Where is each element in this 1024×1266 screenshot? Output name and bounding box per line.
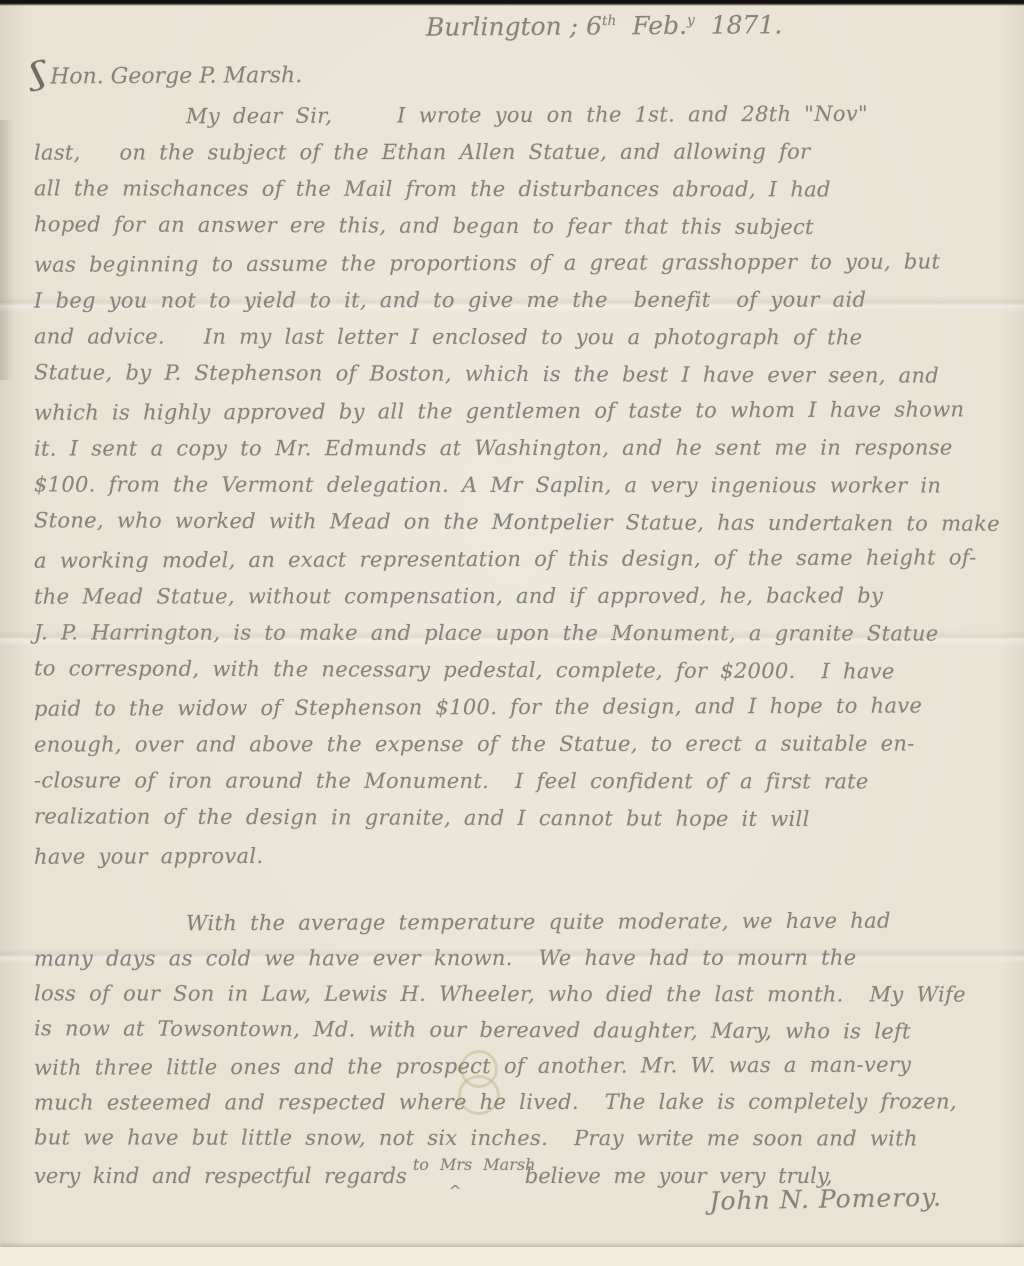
paragraph-1: My dear Sir, I wrote you on the 1st. and… [34,97,1000,874]
closing-before: very kind and respectful regards [34,1164,407,1188]
letter-line: it. I sent a copy to Mr. Edmunds at Wash… [34,429,1000,467]
letter-line: and advice. In my last letter I enclosed… [34,318,1000,356]
letter-line: My dear Sir, I wrote you on the 1st. and… [34,95,1000,136]
dateline-year: 1871. [711,10,783,39]
dateline-month: Feb. [632,11,687,40]
letter-line: With the average temperature quite moder… [34,902,1000,942]
letter-line: -closure of iron around the Monument. I … [34,762,1000,800]
letter-line: a working model, an exact representation… [34,539,1000,580]
scan-bottom-edge [0,1247,1024,1266]
letter-line: was beginning to assume the proportions … [34,243,1000,284]
insertion-text: to Mrs Marsh [413,1145,536,1185]
letter-line: paid to the widow of Stephenson $100. fo… [34,687,1000,728]
letter-line: all the mischances of the Mail from the … [34,170,1000,208]
letter-line: Stone, who worked with Mead on the Montp… [34,502,1000,543]
letter-line: to correspond, with the necessary pedest… [34,650,1000,691]
scan-top-edge [0,0,1024,6]
letter-scan: Burlington ; 6th Feb.y 1871. ʃHon. Georg… [0,0,1024,1266]
flourish-mark: ʃ [28,56,48,93]
letter-line: Statue, by P. Stephenson of Boston, whic… [34,354,1000,395]
letter-line: loss of our Son in Law, Lewis H. Wheeler… [34,975,1000,1012]
letter-line: J. P. Harrington, is to make and place u… [34,614,1000,652]
salutation-text: Hon. George P. Marsh. [50,63,302,89]
letter-line: realization of the design in granite, an… [34,798,1000,839]
letter-line: $100. from the Vermont delegation. A Mr … [34,466,1000,504]
letter-line: which is highly approved by all the gent… [34,391,1000,432]
left-edge-smudge [0,120,14,380]
letter-line: with three little ones and the prospect … [34,1046,1000,1086]
letter-line: many days as cold we have ever known. We… [34,939,1000,976]
letter-content: Burlington ; 6th Feb.y 1871. ʃHon. Georg… [34,12,1000,1219]
dateline-place: Burlington ; [426,12,578,42]
letter-line: is now at Towsontown, Md. with our berea… [34,1010,1000,1050]
letter-line: much esteemed and respected where he liv… [34,1083,1000,1120]
letter-line: have your approval. [34,835,1000,876]
letter-line: hoped for an answer ere this, and began … [34,206,1000,247]
salutation: ʃHon. George P. Marsh. [34,51,1000,91]
dateline-day-suffix: th [602,13,617,29]
dateline-month-suffix: y [687,12,695,28]
letter-line: last, on the subject of the Ethan Allen … [34,133,1000,171]
letter-line: enough, over and above the expense of th… [34,725,1000,763]
dateline: Burlington ; 6th Feb.y 1871. [34,9,1000,45]
dateline-day: 6 [586,11,602,40]
paragraph-2: With the average temperature quite moder… [34,904,1000,1156]
letter-line: I beg you not to yield to it, and to giv… [34,281,1000,319]
letter-line: the Mead Statue, without compensation, a… [34,577,1000,615]
